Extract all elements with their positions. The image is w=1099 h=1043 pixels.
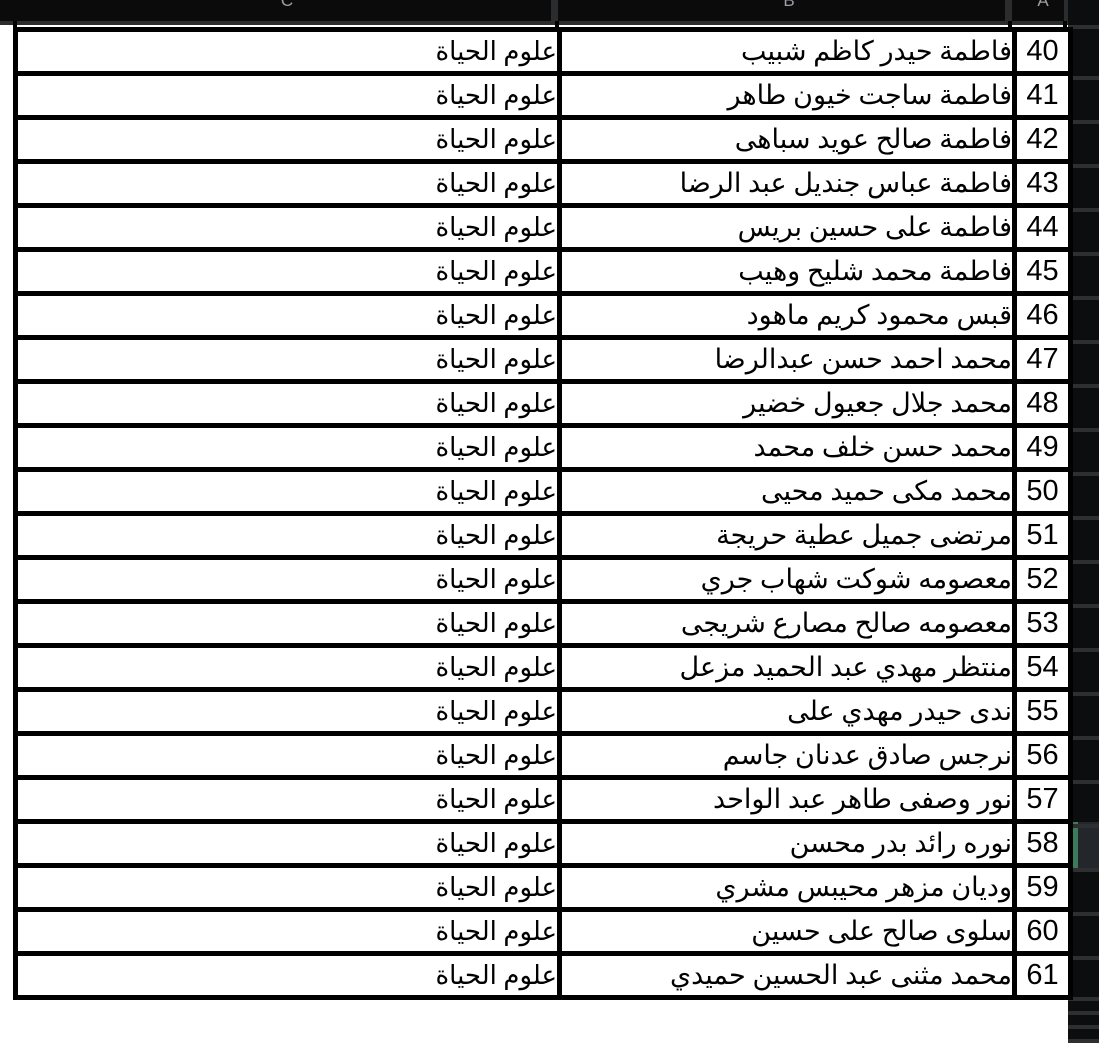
cell-b-name[interactable]: محمد جلال جعيول خضير: [560, 382, 1015, 426]
table-row: 45فاطمة محمد شليح وهيبعلوم الحياة: [16, 250, 1071, 294]
cell-b-name[interactable]: فاطمة عباس جنديل عبد الرضا: [560, 162, 1015, 206]
cell-c-department[interactable]: علوم الحياة: [16, 690, 560, 734]
table-row: 53معصومه صالح مصارع شريجىعلوم الحياة: [16, 602, 1071, 646]
column-header-bar: C B A: [0, 0, 1099, 25]
cell-c-department[interactable]: علوم الحياة: [16, 646, 560, 690]
cell-b-name[interactable]: فاطمة حيدر كاظم شبيب: [560, 30, 1015, 74]
cell-b-name[interactable]: فاطمة صالح عويد سباهى: [560, 118, 1015, 162]
cell-b-name[interactable]: وديان مزهر محيبس مشري: [560, 866, 1015, 910]
table-row: 44فاطمة على حسين بريسعلوم الحياة: [16, 206, 1071, 250]
cell-c-department[interactable]: علوم الحياة: [16, 294, 560, 338]
table-row: 41فاطمة ساجت خيون طاهرعلوم الحياة: [16, 74, 1071, 118]
cell-a-number[interactable]: 56: [1015, 734, 1071, 778]
cell-a-number[interactable]: 47: [1015, 338, 1071, 382]
table-row: 48محمد جلال جعيول خضيرعلوم الحياة: [16, 382, 1071, 426]
cell-b-name[interactable]: محمد مكى حميد محيى: [560, 470, 1015, 514]
cell-b-name[interactable]: فاطمة على حسين بريس: [560, 206, 1015, 250]
cell-c-department[interactable]: علوم الحياة: [16, 250, 560, 294]
cell-b-name[interactable]: قبس محمود كريم ماهود: [560, 294, 1015, 338]
cell-c-department[interactable]: علوم الحياة: [16, 514, 560, 558]
cell-a-number[interactable]: 43: [1015, 162, 1071, 206]
cell-a-number[interactable]: 50: [1015, 470, 1071, 514]
cell-c-department[interactable]: علوم الحياة: [16, 470, 560, 514]
column-divider: [551, 0, 558, 21]
cell-b-name[interactable]: معصومه صالح مصارع شريجى: [560, 602, 1015, 646]
cell-a-number[interactable]: 48: [1015, 382, 1071, 426]
row-header-separator: [1068, 1011, 1099, 1015]
column-header-b[interactable]: B: [779, 0, 799, 11]
cell-a-number[interactable]: 40: [1015, 30, 1071, 74]
cell-b-name[interactable]: فاطمة ساجت خيون طاهر: [560, 74, 1015, 118]
cell-c-department[interactable]: علوم الحياة: [16, 822, 560, 866]
cell-a-number[interactable]: 51: [1015, 514, 1071, 558]
table-row: 40فاطمة حيدر كاظم شبيبعلوم الحياة: [16, 30, 1071, 74]
cell-a-number[interactable]: 54: [1015, 646, 1071, 690]
column-header-c[interactable]: C: [277, 0, 297, 11]
cell-c-department[interactable]: علوم الحياة: [16, 162, 560, 206]
cell-c-department[interactable]: علوم الحياة: [16, 778, 560, 822]
table-row: 56نرجس صادق عدنان جاسمعلوم الحياة: [16, 734, 1071, 778]
cell-c-department[interactable]: علوم الحياة: [16, 734, 560, 778]
cell-c-department[interactable]: علوم الحياة: [16, 954, 560, 998]
cell-c-department[interactable]: علوم الحياة: [16, 910, 560, 954]
table-row: 49محمد حسن خلف محمدعلوم الحياة: [16, 426, 1071, 470]
cell-b-name[interactable]: نرجس صادق عدنان جاسم: [560, 734, 1015, 778]
cell-b-name[interactable]: محمد مثنى عبد الحسين حميدي: [560, 954, 1015, 998]
table-row: 46قبس محمود كريم ماهودعلوم الحياة: [16, 294, 1071, 338]
table-row: 60سلوى صالح على حسينعلوم الحياة: [16, 910, 1071, 954]
cell-a-number[interactable]: 59: [1015, 866, 1071, 910]
column-divider: [1005, 0, 1012, 21]
cell-a-number[interactable]: 45: [1015, 250, 1071, 294]
table-row: 55ندى حيدر مهدي علىعلوم الحياة: [16, 690, 1071, 734]
cell-b-name[interactable]: نوره رائد بدر محسن: [560, 822, 1015, 866]
cell-a-number[interactable]: 53: [1015, 602, 1071, 646]
table-body: 40فاطمة حيدر كاظم شبيبعلوم الحياة41فاطمة…: [16, 30, 1071, 998]
cell-b-name[interactable]: فاطمة محمد شليح وهيب: [560, 250, 1015, 294]
cell-c-department[interactable]: علوم الحياة: [16, 558, 560, 602]
table-row: 47محمد احمد حسن عبدالرضاعلوم الحياة: [16, 338, 1071, 382]
table-row: 51مرتضى جميل عطية حريجةعلوم الحياة: [16, 514, 1071, 558]
cell-c-department[interactable]: علوم الحياة: [16, 206, 560, 250]
cell-a-number[interactable]: 60: [1015, 910, 1071, 954]
cell-b-name[interactable]: سلوى صالح على حسين: [560, 910, 1015, 954]
cell-b-name[interactable]: ندى حيدر مهدي على: [560, 690, 1015, 734]
cell-a-number[interactable]: 55: [1015, 690, 1071, 734]
table-row: 59وديان مزهر محيبس مشريعلوم الحياة: [16, 866, 1071, 910]
cell-a-number[interactable]: 61: [1015, 954, 1071, 998]
cell-c-department[interactable]: علوم الحياة: [16, 426, 560, 470]
table-row: 57نور وصفى طاهر عبد الواحدعلوم الحياة: [16, 778, 1071, 822]
cell-b-name[interactable]: نور وصفى طاهر عبد الواحد: [560, 778, 1015, 822]
cell-c-department[interactable]: علوم الحياة: [16, 338, 560, 382]
table-row: 61محمد مثنى عبد الحسين حميديعلوم الحياة: [16, 954, 1071, 998]
cell-c-department[interactable]: علوم الحياة: [16, 30, 560, 74]
table-row: 58نوره رائد بدر محسنعلوم الحياة: [16, 822, 1071, 866]
cell-a-number[interactable]: 58: [1015, 822, 1071, 866]
cell-a-number[interactable]: 52: [1015, 558, 1071, 602]
row-header-separator: [1068, 1025, 1099, 1029]
cell-a-number[interactable]: 57: [1015, 778, 1071, 822]
table-row: 54منتظر مهدي عبد الحميد مزعلعلوم الحياة: [16, 646, 1071, 690]
cell-b-name[interactable]: معصومه شوكت شهاب جري: [560, 558, 1015, 602]
column-header-a[interactable]: A: [1033, 0, 1053, 11]
cell-a-number[interactable]: 44: [1015, 206, 1071, 250]
cell-c-department[interactable]: علوم الحياة: [16, 382, 560, 426]
cell-b-name[interactable]: مرتضى جميل عطية حريجة: [560, 514, 1015, 558]
cell-b-name[interactable]: منتظر مهدي عبد الحميد مزعل: [560, 646, 1015, 690]
cell-a-number[interactable]: 42: [1015, 118, 1071, 162]
cell-c-department[interactable]: علوم الحياة: [16, 866, 560, 910]
table-row: 50محمد مكى حميد محيىعلوم الحياة: [16, 470, 1071, 514]
cell-c-department[interactable]: علوم الحياة: [16, 118, 560, 162]
cell-a-number[interactable]: 46: [1015, 294, 1071, 338]
cell-b-name[interactable]: محمد احمد حسن عبدالرضا: [560, 338, 1015, 382]
cell-c-department[interactable]: علوم الحياة: [16, 74, 560, 118]
table-row: 43فاطمة عباس جنديل عبد الرضاعلوم الحياة: [16, 162, 1071, 206]
cell-a-number[interactable]: 41: [1015, 74, 1071, 118]
table-row: 52معصومه شوكت شهاب جريعلوم الحياة: [16, 558, 1071, 602]
cell-a-number[interactable]: 49: [1015, 426, 1071, 470]
cell-c-department[interactable]: علوم الحياة: [16, 602, 560, 646]
cell-b-name[interactable]: محمد حسن خلف محمد: [560, 426, 1015, 470]
table-row: 42فاطمة صالح عويد سباهىعلوم الحياة: [16, 118, 1071, 162]
row-header-separator: [1068, 1039, 1099, 1043]
selected-row-header[interactable]: [1078, 822, 1099, 868]
data-table: 40فاطمة حيدر كاظم شبيبعلوم الحياة41فاطمة…: [13, 27, 1073, 1000]
